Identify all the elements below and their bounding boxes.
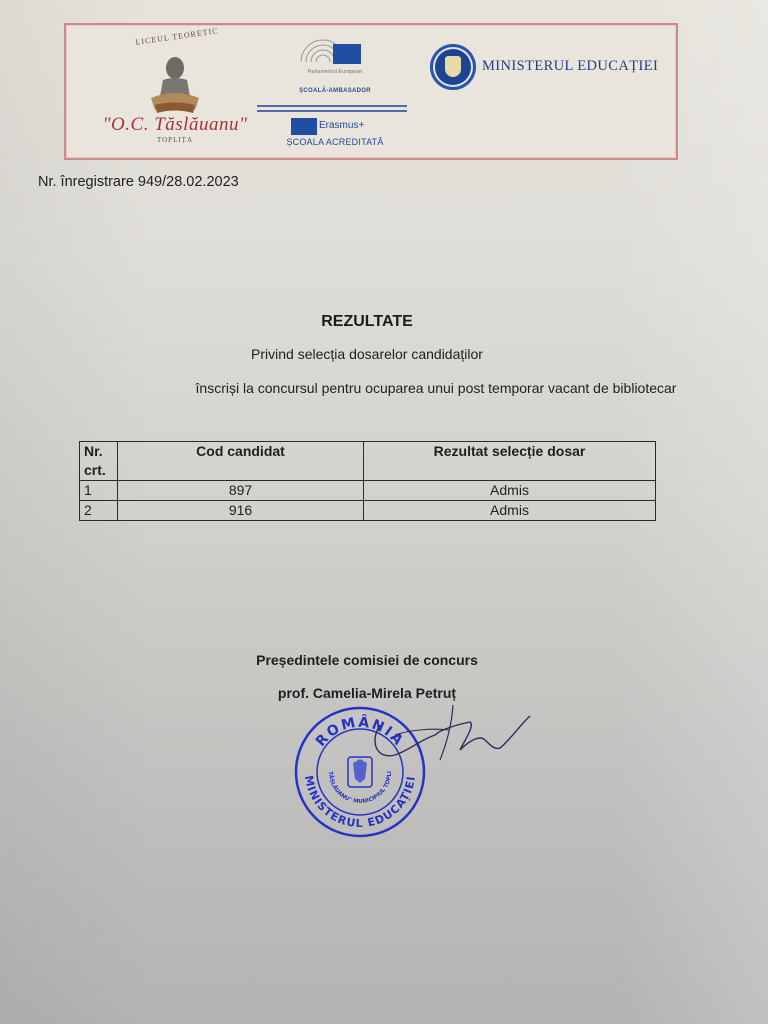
registration-number: Nr. înregistrare 949/28.02.2023 — [38, 174, 239, 190]
eu-flag-icon — [333, 44, 361, 64]
ministry-name: MINISTERUL EDUCAȚIEI — [482, 58, 658, 75]
header-nr: Nr. crt. — [80, 442, 118, 481]
cell-rezultat: Admis — [364, 481, 656, 501]
erasmus-label: Erasmus+ — [319, 120, 364, 131]
results-table: Nr. crt. Cod candidat Rezultat selecție … — [79, 441, 656, 521]
coat-of-arms-icon — [445, 56, 461, 77]
cell-cod: 897 — [118, 481, 364, 501]
document-title: REZULTATE — [0, 313, 734, 331]
header-cod: Cod candidat — [118, 442, 364, 481]
accredited-school-label: ȘCOALA ACREDITATĂ — [255, 137, 415, 147]
cell-nr: 2 — [80, 501, 118, 521]
document-subtitle-2: înscriși la concursul pentru ocuparea un… — [0, 380, 768, 396]
cell-cod: 916 — [118, 501, 364, 521]
table-header-row: Nr. crt. Cod candidat Rezultat selecție … — [80, 442, 656, 481]
cell-rezultat: Admis — [364, 501, 656, 521]
document-subtitle-1: Privind selecția dosarelor candidaților — [0, 346, 734, 362]
table-row: 1 897 Admis — [80, 481, 656, 501]
ambassador-school-label: ȘCOALĂ-AMBASADOR — [255, 88, 415, 94]
school-bust-icon — [145, 50, 205, 115]
handwritten-signature — [340, 700, 540, 790]
european-parliament-logo: Parlamentul European ȘCOALĂ-AMBASADOR Er… — [255, 32, 415, 152]
signatory-role: Președintele comisiei de concurs — [0, 652, 734, 668]
government-seal-icon — [430, 44, 476, 90]
signatory-name: prof. Camelia-Mirela Petruț — [0, 685, 734, 701]
header-rezultat: Rezultat selecție dosar — [364, 442, 656, 481]
erasmus-flag-icon — [291, 118, 317, 135]
ep-label: Parlamentul European — [255, 69, 415, 75]
cell-nr: 1 — [80, 481, 118, 501]
school-name: "O.C. Tăslăuanu" — [100, 114, 250, 136]
school-logo: LICEUL TEORETIC "O.C. Tăslăuanu" TOPLIȚA — [100, 30, 250, 150]
school-city: TOPLIȚA — [100, 136, 250, 144]
divider-lines — [257, 105, 407, 112]
table-row: 2 916 Admis — [80, 501, 656, 521]
